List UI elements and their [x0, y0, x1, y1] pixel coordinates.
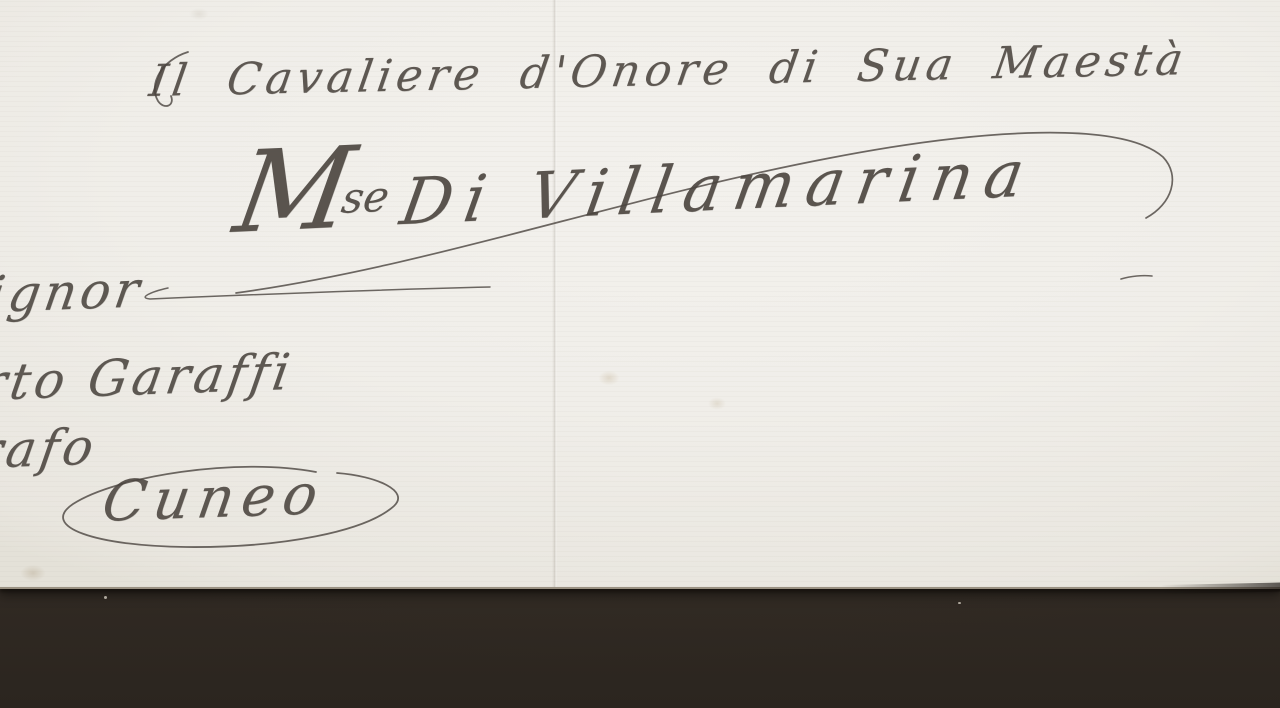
address-line-cuneo: Cuneo — [98, 462, 330, 535]
foxing-stain — [705, 395, 729, 412]
signature-name: Di Villamarina — [395, 137, 1041, 240]
address-line-rafo: rafo — [0, 418, 101, 480]
signature-initial: M — [228, 132, 361, 250]
foxing-stain — [595, 368, 623, 388]
foxing-stain — [186, 6, 212, 22]
heading-text: Il Cavaliere d'Onore di Sua Maestà — [146, 34, 1191, 107]
signature: M se Di Villamarina — [228, 101, 1047, 250]
dust-speck — [958, 602, 961, 604]
foxing-stain — [16, 562, 50, 584]
letter-paper-sheet: Il Cavaliere d'Onore di Sua Maestà M se … — [0, 0, 1280, 589]
signature-superscript: se — [338, 171, 393, 223]
photograph-of-handwritten-letter: Il Cavaliere d'Onore di Sua Maestà M se … — [0, 0, 1280, 708]
address-line-signor: ignor — [0, 260, 147, 324]
dust-speck — [104, 596, 107, 599]
address-line-garaffi: rto Garaffi — [0, 343, 298, 412]
